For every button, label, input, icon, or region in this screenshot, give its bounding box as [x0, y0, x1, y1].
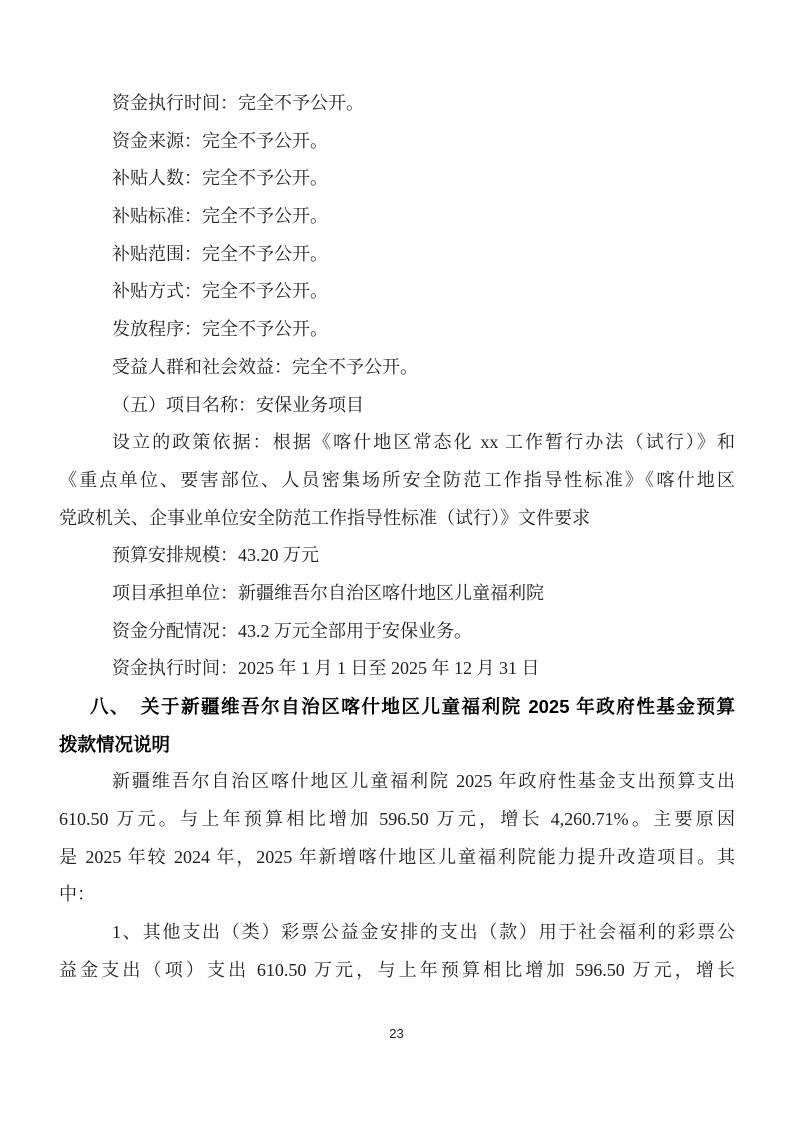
text-line: 预算安排规模：43.20 万元	[59, 537, 735, 575]
text-line: 资金执行时间：2025 年 1 月 1 日至 2025 年 12 月 31 日	[59, 650, 735, 688]
text-line: 受益人群和社会效益：完全不予公开。	[59, 349, 735, 387]
text-line: 资金执行时间：完全不予公开。	[59, 85, 735, 123]
document-page: 资金执行时间：完全不予公开。资金来源：完全不予公开。补贴人数：完全不予公开。补贴…	[0, 0, 793, 1122]
text-line: 补贴标准：完全不予公开。	[59, 198, 735, 236]
document-body: 资金执行时间：完全不予公开。资金来源：完全不予公开。补贴人数：完全不予公开。补贴…	[59, 85, 735, 990]
text-line: 益金支出（项）支出 610.50 万元，与上年预算相比增加 596.50 万元，…	[59, 952, 735, 990]
text-line: 1、其他支出（类）彩票公益金安排的支出（款）用于社会福利的彩票公	[59, 914, 735, 952]
page-number: 23	[0, 1025, 793, 1043]
text-line: 补贴范围：完全不予公开。	[59, 236, 735, 274]
text-line: 610.50 万元。与上年预算相比增加 596.50 万元，增长 4,260.7…	[59, 801, 735, 839]
text-line: 是 2025 年较 2024 年，2025 年新增喀什地区儿童福利院能力提升改造…	[59, 839, 735, 877]
text-line: （五）项目名称：安保业务项目	[59, 387, 735, 425]
text-line: 党政机关、企事业单位安全防范工作指导性标准（试行）》文件要求	[59, 500, 735, 538]
text-line: 中：	[59, 876, 735, 914]
text-line: 项目承担单位：新疆维吾尔自治区喀什地区儿童福利院	[59, 575, 735, 613]
text-line: 新疆维吾尔自治区喀什地区儿童福利院 2025 年政府性基金支出预算支出	[59, 763, 735, 801]
text-line: 补贴方式：完全不予公开。	[59, 273, 735, 311]
text-line: 补贴人数：完全不予公开。	[59, 160, 735, 198]
text-line: 资金来源：完全不予公开。	[59, 123, 735, 161]
text-line: 发放程序：完全不予公开。	[59, 311, 735, 349]
heading-line: 八、 关于新疆维吾尔自治区喀什地区儿童福利院 2025 年政府性基金预算	[59, 688, 735, 726]
text-line: 资金分配情况：43.2 万元全部用于安保业务。	[59, 613, 735, 651]
heading-line: 拨款情况说明	[59, 726, 735, 764]
text-line: 设立的政策依据：根据《喀什地区常态化 xx 工作暂行办法（试行）》和	[59, 424, 735, 462]
text-line: 《重点单位、要害部位、人员密集场所安全防范工作指导性标准》《喀什地区	[59, 462, 735, 500]
